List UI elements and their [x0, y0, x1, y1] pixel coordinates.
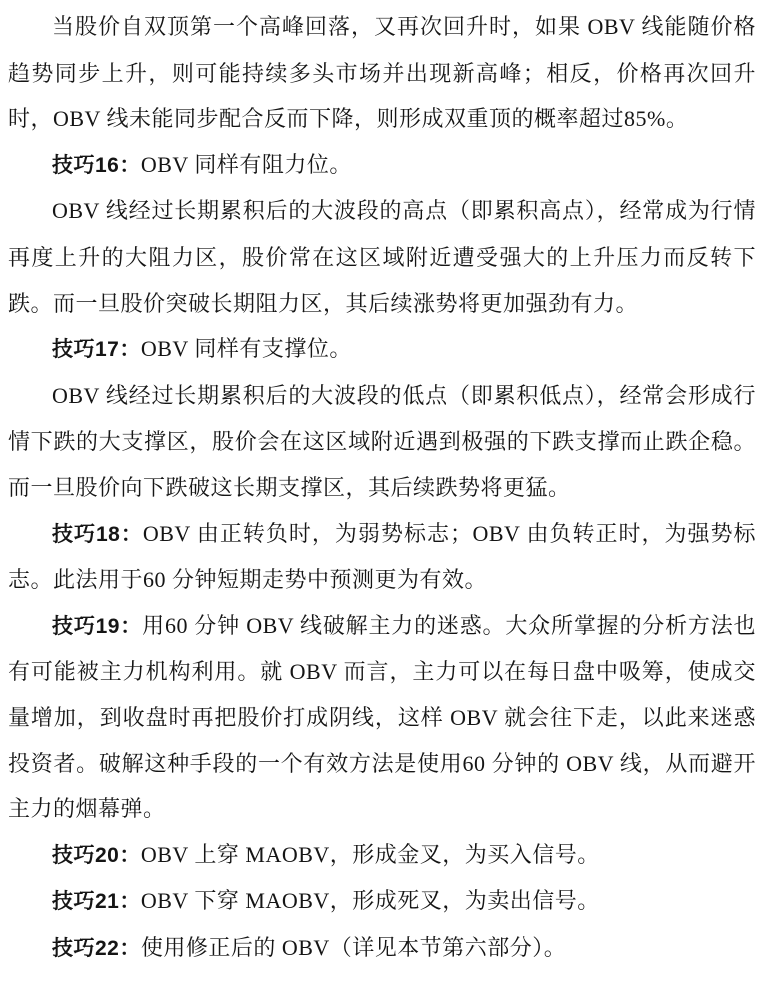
paragraph-text: OBV 线经过长期累积后的大波段的低点（即累积低点），经常会形成行情下跌的大支撑… [8, 383, 756, 500]
tip-label: 技巧22： [52, 937, 141, 960]
paragraph-text: OBV 同样有阻力位。 [141, 152, 352, 177]
paragraph-text: OBV 上穿 MAOBV，形成金叉，为买入信号。 [141, 842, 600, 867]
paragraph-intro-double-top: 当股价自双顶第一个高峰回落，又再次回升时，如果 OBV 线能随价格趋势同步上升，… [8, 4, 756, 142]
paragraph-text: OBV 同样有支撑位。 [141, 336, 352, 361]
paragraph-tip-17-body: OBV 线经过长期累积后的大波段的低点（即累积低点），经常会形成行情下跌的大支撑… [8, 373, 756, 511]
tip-label: 技巧16： [52, 154, 141, 177]
tip-label: 技巧18： [52, 523, 143, 546]
paragraph-text: 当股价自双顶第一个高峰回落，又再次回升时，如果 OBV 线能随价格趋势同步上升，… [8, 14, 756, 131]
paragraph-tip-18: 技巧18：OBV 由正转负时，为弱势标志；OBV 由负转正时，为强势标志。此法用… [8, 511, 756, 603]
text-column: 当股价自双顶第一个高峰回落，又再次回升时，如果 OBV 线能随价格趋势同步上升，… [8, 4, 756, 971]
paragraph-text: 用60 分钟 OBV 线破解主力的迷惑。大众所掌握的分析方法也有可能被主力机构利… [8, 613, 756, 821]
paragraph-tip-16-body: OBV 线经过长期累积后的大波段的高点（即累积高点），经常成为行情再度上升的大阻… [8, 188, 756, 326]
tip-label: 技巧21： [52, 890, 141, 913]
paragraph-tip-17: 技巧17：OBV 同样有支撑位。 [8, 326, 756, 373]
paragraph-tip-19: 技巧19：用60 分钟 OBV 线破解主力的迷惑。大众所掌握的分析方法也有可能被… [8, 603, 756, 832]
paragraph-tip-20: 技巧20：OBV 上穿 MAOBV，形成金叉，为买入信号。 [8, 832, 756, 879]
paragraph-text: OBV 下穿 MAOBV，形成死叉，为卖出信号。 [141, 888, 600, 913]
book-page: 当股价自双顶第一个高峰回落，又再次回升时，如果 OBV 线能随价格趋势同步上升，… [0, 0, 765, 1006]
tip-label: 技巧20： [52, 844, 141, 867]
paragraph-text: OBV 线经过长期累积后的大波段的高点（即累积高点），经常成为行情再度上升的大阻… [8, 198, 756, 315]
tip-label: 技巧17： [52, 338, 141, 361]
tip-label: 技巧19： [52, 615, 142, 638]
paragraph-tip-16: 技巧16：OBV 同样有阻力位。 [8, 142, 756, 189]
paragraph-tip-21: 技巧21：OBV 下穿 MAOBV，形成死叉，为卖出信号。 [8, 878, 756, 925]
paragraph-tip-22: 技巧22：使用修正后的 OBV（详见本节第六部分）。 [8, 925, 756, 972]
paragraph-text: 使用修正后的 OBV（详见本节第六部分）。 [141, 935, 566, 960]
